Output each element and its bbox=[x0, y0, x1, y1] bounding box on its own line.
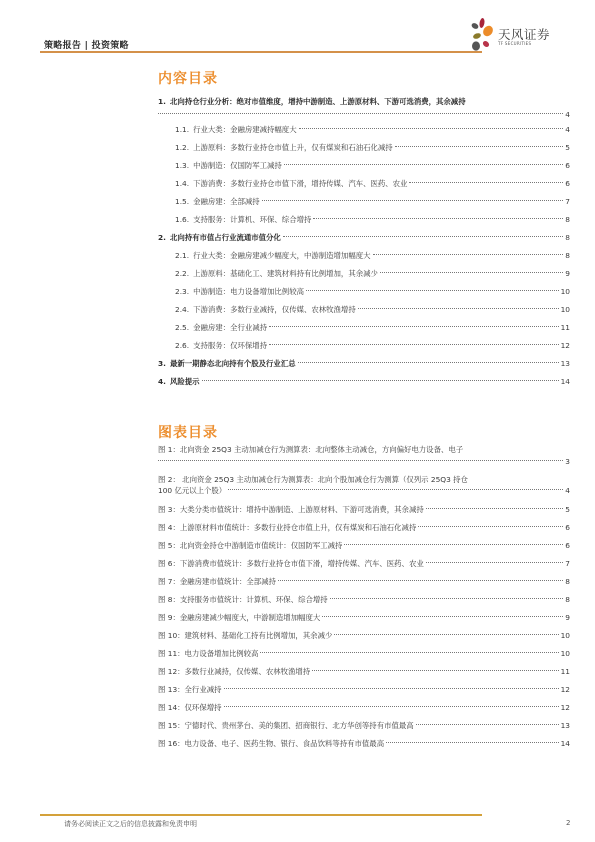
toc-entry-number: 1.3. bbox=[175, 159, 189, 173]
dot-leader bbox=[298, 362, 559, 363]
dot-leader bbox=[416, 724, 559, 725]
figure-entry-10[interactable]: 图 10：建筑材料、基础化工持有比例增加，其余减少 10 bbox=[158, 629, 570, 643]
toc-entry-text: 最新一期静态北向持有个股及行业汇总 bbox=[170, 357, 296, 371]
figure-entry-text: 图 14：仅环保增持 bbox=[158, 701, 222, 715]
toc-heading: 内容目录 bbox=[158, 68, 218, 88]
header-divider bbox=[40, 51, 482, 53]
page-number: 2 bbox=[566, 819, 570, 827]
figure-entry-page: 8 bbox=[565, 593, 570, 607]
toc-entry-number: 2.5. bbox=[175, 321, 189, 335]
figure-entry-3[interactable]: 图 3：大类分类市值统计：增持中游制造、上游原材料、下游可选消费，其余减持 5 bbox=[158, 503, 570, 517]
toc-entry-number: 3. bbox=[158, 357, 166, 371]
figure-entry-page: 7 bbox=[565, 557, 570, 571]
figure-entry-text: 图 5：北向资金持仓中游制造市值统计：仅国防军工减持 bbox=[158, 539, 342, 553]
toc-entry-page: 11 bbox=[561, 321, 570, 335]
dot-leader bbox=[373, 254, 564, 255]
dot-leader bbox=[260, 652, 558, 653]
toc-entry-1-6[interactable]: 1.6. 支持服务：计算机、环保、综合增持 8 bbox=[175, 213, 570, 227]
dot-leader bbox=[284, 164, 563, 165]
dot-leader bbox=[299, 128, 564, 129]
company-logo: 天风证券 TF SECURITIES bbox=[470, 17, 575, 57]
toc-entry-1-4[interactable]: 1.4. 下游消费：多数行业持仓市值下滑，增持传媒、汽车、医药、农业 6 bbox=[175, 177, 570, 191]
dot-leader bbox=[395, 146, 564, 147]
figure-entry-page: 4 bbox=[565, 485, 570, 497]
figure-entry-15[interactable]: 图 15：宁德时代、贵州茅台、美的集团、招商银行、北方华创等持有市值最高 13 bbox=[158, 719, 570, 733]
toc-entry-page: 10 bbox=[561, 303, 570, 317]
toc-entry-page: 8 bbox=[565, 213, 570, 227]
toc-entry-1-2[interactable]: 1.2. 上游原料：多数行业持仓市值上升，仅有煤炭和石油石化减持 5 bbox=[175, 141, 570, 155]
dot-leader bbox=[228, 489, 563, 490]
dot-leader bbox=[158, 460, 563, 461]
toc-entry-1-3[interactable]: 1.3. 中游制造：仅国防军工减持 6 bbox=[175, 159, 570, 173]
figure-entry-6[interactable]: 图 6：下游消费市值统计：多数行业持仓市值下滑，增持传媒、汽车、医药、农业 7 bbox=[158, 557, 570, 571]
toc-entry-text: 金融房建：全部减持 bbox=[193, 195, 260, 209]
figure-entry-9[interactable]: 图 9：金融房建减少幅度大，中游制造增加幅度大 9 bbox=[158, 611, 570, 625]
figure-entry-text: 图 13：全行业减持 bbox=[158, 683, 222, 697]
dot-leader bbox=[322, 616, 563, 617]
figure-entry-text: 图 9：金融房建减少幅度大，中游制造增加幅度大 bbox=[158, 611, 320, 625]
figure-list-heading: 图表目录 bbox=[158, 422, 218, 442]
dot-leader bbox=[224, 706, 559, 707]
dot-leader bbox=[262, 200, 564, 201]
figure-entry-text: 图 6：下游消费市值统计：多数行业持仓市值下滑，增持传媒、汽车、医药、农业 bbox=[158, 557, 424, 571]
dot-leader bbox=[358, 308, 559, 309]
toc-entry-text: 风险提示 bbox=[170, 375, 200, 389]
toc-entry-2[interactable]: 2. 北向持有市值占行业流通市值分化 8 bbox=[158, 231, 570, 245]
toc-entry-number: 1.4. bbox=[175, 177, 189, 191]
figure-entry-text: 图 4：上游原材料市值统计：多数行业持仓市值上升，仅有煤炭和石油石化减持 bbox=[158, 521, 416, 535]
dot-leader bbox=[313, 218, 563, 219]
dot-leader bbox=[426, 508, 564, 509]
toc-entry-number: 2.4. bbox=[175, 303, 189, 317]
dot-leader bbox=[344, 544, 563, 545]
dot-leader bbox=[269, 344, 559, 345]
figure-entry-text: 图 7：金融房建市值统计：全部减持 bbox=[158, 575, 276, 589]
toc-entry-number: 2. bbox=[158, 231, 166, 245]
figure-entry-5[interactable]: 图 5：北向资金持仓中游制造市值统计：仅国防军工减持 6 bbox=[158, 539, 570, 553]
figure-entry-page: 9 bbox=[565, 611, 570, 625]
toc-entry-text: 行业大类：金融房建减少幅度大，中游制造增加幅度大 bbox=[193, 249, 370, 263]
footer-divider bbox=[40, 814, 482, 816]
toc-entry-number: 1.5. bbox=[175, 195, 189, 209]
toc-entry-2-1[interactable]: 2.1. 行业大类：金融房建减少幅度大，中游制造增加幅度大 8 bbox=[175, 249, 570, 263]
toc-entry-1-leader[interactable]: 4 bbox=[158, 109, 570, 121]
toc-entry-page: 6 bbox=[565, 177, 570, 191]
dot-leader bbox=[409, 182, 563, 183]
toc-entry-3[interactable]: 3. 最新一期静态北向持有个股及行业汇总 13 bbox=[158, 357, 570, 371]
dot-leader bbox=[426, 562, 564, 563]
toc-entry-page: 7 bbox=[565, 195, 570, 209]
toc-entry-text: 支持服务：仅环保增持 bbox=[193, 339, 267, 353]
toc-entry-text: 金融房建：全行业减持 bbox=[193, 321, 267, 335]
dot-leader bbox=[312, 670, 558, 671]
toc-entry-page: 4 bbox=[565, 123, 570, 137]
figure-entry-text: 图 16：电力设备、电子、医药生物、银行、食品饮料等持有市值最高 bbox=[158, 737, 384, 751]
toc-entry-text: 北向持有市值占行业流通市值分化 bbox=[170, 231, 281, 245]
toc-entry-number: 2.6. bbox=[175, 339, 189, 353]
toc-entry-page: 4 bbox=[565, 109, 570, 121]
toc-entry-text: 中游制造：电力设备增加比例较高 bbox=[193, 285, 304, 299]
toc-entry-text: 下游消费：多数行业减持，仅传媒、农林牧渔增持 bbox=[193, 303, 356, 317]
toc-entry-number: 1.6. bbox=[175, 213, 189, 227]
toc-entry-page: 6 bbox=[565, 159, 570, 173]
figure-entry-1-leader[interactable]: 3 bbox=[158, 456, 570, 468]
flower-logo-icon bbox=[470, 17, 494, 53]
toc-entry-text: 中游制造：仅国防军工减持 bbox=[193, 159, 282, 173]
dot-leader bbox=[158, 113, 563, 114]
toc-entry-text: 北向持仓行业分析：绝对市值维度，增持中游制造、上游原材料、下游可选消费，其余减持 bbox=[170, 95, 466, 109]
toc-entry-2-5[interactable]: 2.5. 金融房建：全行业减持 11 bbox=[175, 321, 570, 335]
dot-leader bbox=[386, 742, 559, 743]
figure-entry-text: 图 1：北向资金 25Q3 主动加减仓行为测算表：北向整体主动减仓，方向偏好电力… bbox=[158, 443, 463, 457]
toc-entry-page: 13 bbox=[561, 357, 570, 371]
figure-entry-16[interactable]: 图 16：电力设备、电子、医药生物、银行、食品饮料等持有市值最高 14 bbox=[158, 737, 570, 751]
dot-leader bbox=[283, 236, 563, 237]
toc-entry-2-4[interactable]: 2.4. 下游消费：多数行业减持，仅传媒、农林牧渔增持 10 bbox=[175, 303, 570, 317]
figure-entry-page: 12 bbox=[561, 683, 570, 697]
dot-leader bbox=[269, 326, 559, 327]
toc-entry-number: 1.2. bbox=[175, 141, 189, 155]
figure-entry-text: 图 11：电力设备增加比例较高 bbox=[158, 647, 258, 661]
figure-entry-page: 3 bbox=[565, 456, 570, 468]
toc-entry-page: 14 bbox=[561, 375, 570, 389]
toc-entry-2-2[interactable]: 2.2. 上游原料：基础化工、建筑材料持有比例增加，其余减少 9 bbox=[175, 267, 570, 281]
figure-entry-text: 图 3：大类分类市值统计：增持中游制造、上游原材料、下游可选消费，其余减持 bbox=[158, 503, 424, 517]
figure-entry-14[interactable]: 图 14：仅环保增持 12 bbox=[158, 701, 570, 715]
figure-entry-page: 10 bbox=[561, 629, 570, 643]
toc-entry-page: 8 bbox=[565, 249, 570, 263]
toc-entry-number: 2.2. bbox=[175, 267, 189, 281]
toc-entry-number: 2.1. bbox=[175, 249, 189, 263]
figure-entry-12[interactable]: 图 12：多数行业减持，仅传媒、农林牧渔增持 11 bbox=[158, 665, 570, 679]
toc-entry-page: 9 bbox=[565, 267, 570, 281]
figure-entry-page: 11 bbox=[561, 665, 570, 679]
toc-entry-1[interactable]: 1. 北向持仓行业分析：绝对市值维度，增持中游制造、上游原材料、下游可选消费，其… bbox=[158, 95, 570, 109]
figure-entry-page: 6 bbox=[565, 539, 570, 553]
toc-entry-1-5[interactable]: 1.5. 金融房建：全部减持 7 bbox=[175, 195, 570, 209]
logo-subtitle: TF SECURITIES bbox=[498, 41, 531, 46]
report-category: 策略报告 | 投资策略 bbox=[44, 38, 129, 51]
toc-entry-1-1[interactable]: 1.1. 行业大类：金融房建减持幅度大 4 bbox=[175, 123, 570, 137]
toc-entry-text: 行业大类：金融房建减持幅度大 bbox=[193, 123, 296, 137]
figure-entry-text: 图 15：宁德时代、贵州茅台、美的集团、招商银行、北方华创等持有市值最高 bbox=[158, 719, 414, 733]
figure-entry-text: 图 8：支持服务市值统计：计算机、环保、综合增持 bbox=[158, 593, 328, 607]
figure-entry-8[interactable]: 图 8：支持服务市值统计：计算机、环保、综合增持 8 bbox=[158, 593, 570, 607]
figure-entry-4[interactable]: 图 4：上游原材料市值统计：多数行业持仓市值上升，仅有煤炭和石油石化减持 6 bbox=[158, 521, 570, 535]
toc-entry-text: 下游消费：多数行业持仓市值下滑，增持传媒、汽车、医药、农业 bbox=[193, 177, 407, 191]
figure-entry-2-leader[interactable]: 100 亿元以上个股） 4 bbox=[158, 485, 570, 497]
dot-leader bbox=[334, 634, 558, 635]
footer-disclaimer: 请务必阅读正文之后的信息披露和免责申明 bbox=[64, 819, 197, 829]
toc-entry-page: 8 bbox=[565, 231, 570, 245]
toc-entry-number: 1.1. bbox=[175, 123, 189, 137]
figure-entry-page: 8 bbox=[565, 575, 570, 589]
figure-entry-page: 5 bbox=[565, 503, 570, 517]
figure-entry-text: 图 12：多数行业减持，仅传媒、农林牧渔增持 bbox=[158, 665, 310, 679]
figure-entry-page: 12 bbox=[561, 701, 570, 715]
figure-entry-page: 10 bbox=[561, 647, 570, 661]
toc-entry-text: 支持服务：计算机、环保、综合增持 bbox=[193, 213, 311, 227]
dot-leader bbox=[306, 290, 559, 291]
toc-entry-number: 2.3. bbox=[175, 285, 189, 299]
toc-entry-number: 4. bbox=[158, 375, 166, 389]
figure-entry-page: 6 bbox=[565, 521, 570, 535]
dot-leader bbox=[278, 580, 563, 581]
figure-entry-continuation: 100 亿元以上个股） bbox=[158, 485, 226, 497]
toc-entry-page: 12 bbox=[561, 339, 570, 353]
dot-leader bbox=[418, 526, 563, 527]
figure-entry-13[interactable]: 图 13：全行业减持 12 bbox=[158, 683, 570, 697]
figure-entry-7[interactable]: 图 7：金融房建市值统计：全部减持 8 bbox=[158, 575, 570, 589]
toc-entry-text: 上游原料：基础化工、建筑材料持有比例增加，其余减少 bbox=[193, 267, 378, 281]
dot-leader bbox=[224, 688, 559, 689]
toc-entry-page: 10 bbox=[561, 285, 570, 299]
figure-entry-page: 13 bbox=[561, 719, 570, 733]
figure-entry-page: 14 bbox=[561, 737, 570, 751]
dot-leader bbox=[330, 598, 564, 599]
toc-entry-2-6[interactable]: 2.6. 支持服务：仅环保增持 12 bbox=[175, 339, 570, 353]
toc-entry-4[interactable]: 4. 风险提示 14 bbox=[158, 375, 570, 389]
toc-entry-text: 上游原料：多数行业持仓市值上升，仅有煤炭和石油石化减持 bbox=[193, 141, 393, 155]
figure-entry-text: 图 10：建筑材料、基础化工持有比例增加，其余减少 bbox=[158, 629, 332, 643]
figure-entry-1[interactable]: 图 1：北向资金 25Q3 主动加减仓行为测算表：北向整体主动减仓，方向偏好电力… bbox=[158, 443, 570, 457]
figure-entry-11[interactable]: 图 11：电力设备增加比例较高 10 bbox=[158, 647, 570, 661]
dot-leader bbox=[202, 380, 559, 381]
dot-leader bbox=[380, 272, 563, 273]
toc-entry-number: 1. bbox=[158, 95, 166, 109]
toc-entry-2-3[interactable]: 2.3. 中游制造：电力设备增加比例较高 10 bbox=[175, 285, 570, 299]
toc-entry-page: 5 bbox=[565, 141, 570, 155]
